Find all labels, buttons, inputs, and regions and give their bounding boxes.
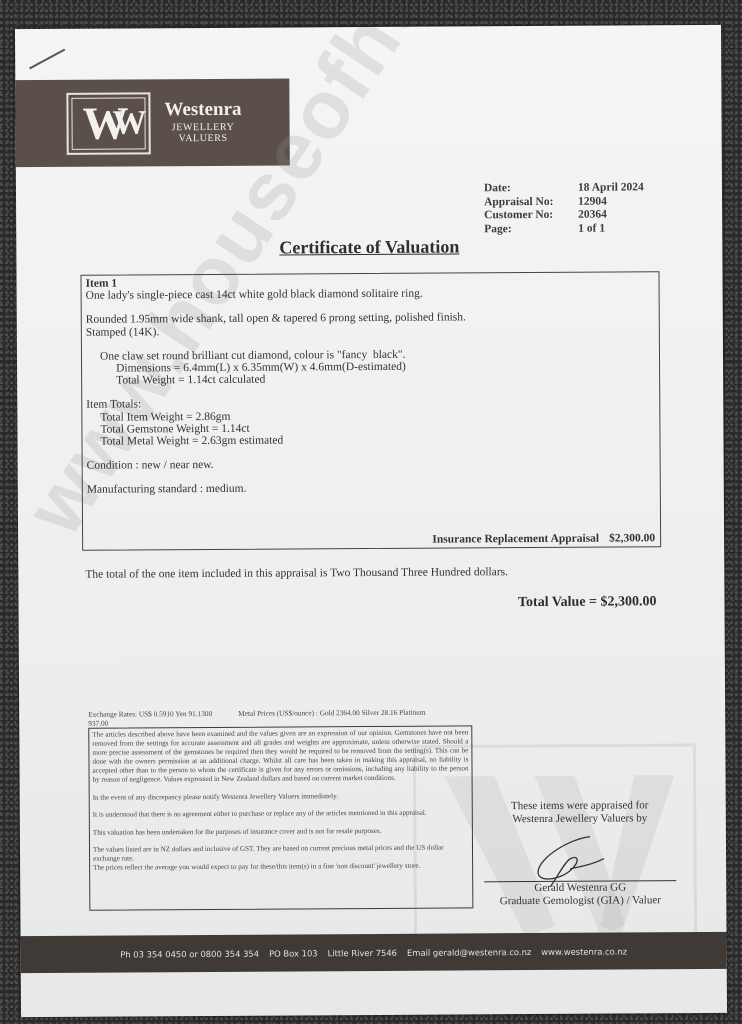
- certificate-meta: Date:18 April 2024 Appraisal No:12904 Cu…: [484, 181, 644, 236]
- item-manufacturing: Manufacturing standard : medium.: [87, 481, 656, 497]
- document-title: Certificate of Valuation: [16, 235, 722, 260]
- disclaimer-paragraph: This valuation has been undertaken for t…: [93, 826, 469, 837]
- insurance-label: Insurance Replacement Appraisal: [432, 532, 599, 545]
- brand-monogram-icon: WW: [66, 92, 150, 155]
- item-description-box: Item 1 One lady's single-piece cast 14ct…: [80, 271, 661, 551]
- exchange-rates: Exchange Rates: US$ 0.5910 Yen 91.1300: [88, 709, 212, 719]
- footer-email: Email gerald@westenra.co.nz: [407, 947, 531, 958]
- pen-mark: [29, 49, 65, 70]
- disclaimer-paragraph: It is understood that there is no agreem…: [93, 808, 469, 819]
- date-label: Date:: [484, 182, 578, 196]
- contact-footer: Ph 03 354 0450 or 0800 354 354 PO Box 10…: [21, 932, 727, 973]
- page-value: 1 of 1: [578, 222, 605, 236]
- disclaimer-paragraph: The prices reflect the average you would…: [93, 861, 469, 872]
- customer-no-label: Customer No:: [484, 209, 578, 223]
- signature-icon: [520, 828, 630, 889]
- appraiser-signoff: These items were appraised for Westenra …: [480, 799, 681, 907]
- disclaimer-box: The articles described above have been e…: [88, 725, 473, 910]
- brand-subtitle-2: VALUERS: [165, 134, 242, 145]
- footer-website: www.westenra.co.nz: [541, 946, 627, 957]
- customer-no-value: 20364: [578, 209, 607, 223]
- disclaimer-paragraph: The values listed are in NZ dollars and …: [93, 843, 469, 863]
- brand-subtitle-1: JEWELLERY: [165, 123, 242, 134]
- appraisal-no-value: 12904: [578, 195, 607, 209]
- insurance-appraisal: Insurance Replacement Appraisal$2,300.00: [432, 532, 655, 546]
- signoff-line-2: Westenra Jewellery Valuers by: [480, 812, 680, 826]
- signoff-line-1: These items were appraised for: [480, 799, 680, 813]
- footer-po-box: PO Box 103: [269, 948, 318, 958]
- platinum-price: 937.00: [88, 719, 108, 728]
- appraisal-no-label: Appraisal No:: [484, 195, 578, 209]
- date-value: 18 April 2024: [578, 181, 644, 195]
- disclaimer-paragraph: The articles described above have been e…: [92, 728, 468, 784]
- metal-prices: Metal Prices (US$/ounce) : Gold 2364.00 …: [238, 708, 425, 718]
- footer-phone: Ph 03 354 0450 or 0800 354 354: [120, 948, 259, 959]
- page-label: Page:: [484, 222, 578, 236]
- footer-locality: Little River 7546: [328, 947, 397, 957]
- total-value: Total Value = $2,300.00: [518, 594, 657, 611]
- brand-header: WW Westenra JEWELLERY VALUERS: [15, 78, 290, 167]
- insurance-value: $2,300.00: [609, 532, 655, 544]
- signature: [480, 824, 680, 881]
- disclaimer-paragraph: In the event of any discrepancy please n…: [93, 791, 469, 802]
- certificate-page: WW Westenra JEWELLERY VALUERS Date:18 Ap…: [15, 25, 727, 1017]
- total-sentence: The total of the one item included in th…: [85, 566, 508, 581]
- brand-name: Westenra: [164, 100, 241, 120]
- rates-line: Exchange Rates: US$ 0.5910 Yen 91.1300Me…: [88, 707, 473, 727]
- brand-wordmark: Westenra JEWELLERY VALUERS: [164, 100, 241, 145]
- appraiser-role: Graduate Gemologist (GIA) / Valuer: [480, 894, 680, 908]
